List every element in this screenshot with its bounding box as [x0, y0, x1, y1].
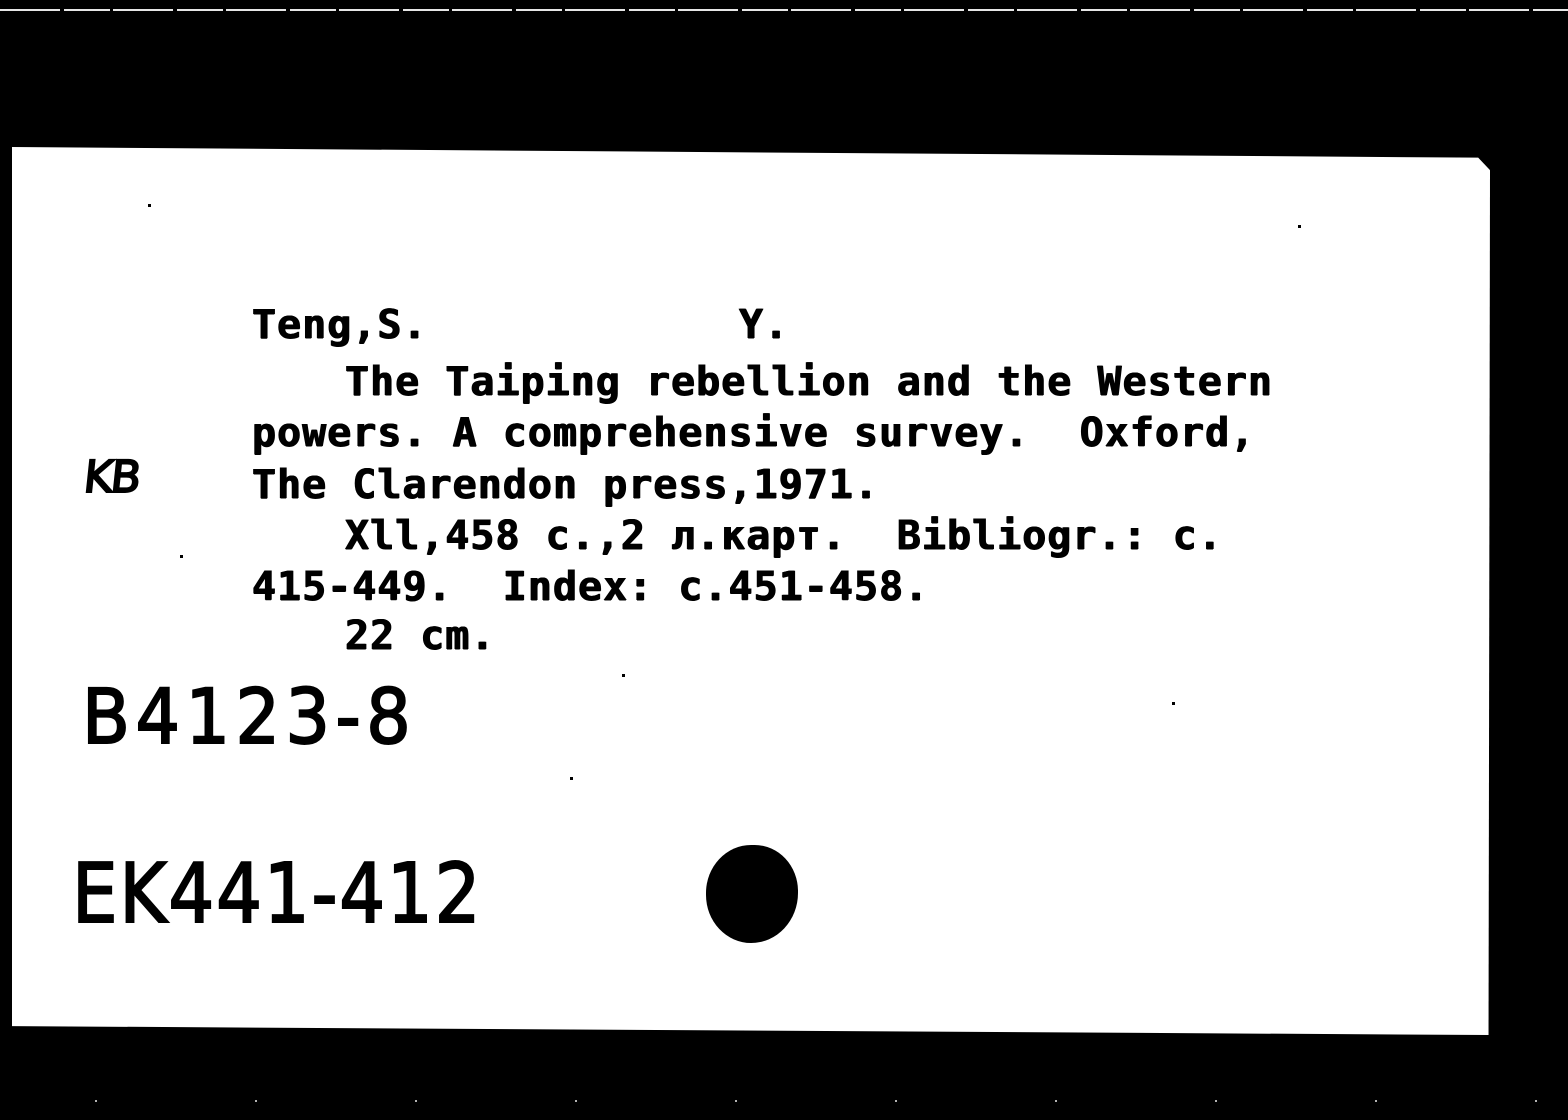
author-name: Teng,S. [252, 300, 428, 350]
title-line-2: powers. A comprehensive survey. Oxford, [252, 408, 1255, 458]
speck [1172, 702, 1175, 705]
collation-line-1: Xll,458 c.,2 л.карт. Bibliogr.: c. [345, 511, 1223, 561]
size-line: 22 cm. [345, 611, 496, 661]
punch-hole-icon [706, 845, 798, 943]
speck [622, 674, 625, 677]
speck [570, 777, 573, 780]
scan-artifact-dots [0, 1100, 1568, 1102]
speck [1298, 225, 1301, 228]
speck [148, 204, 151, 207]
collation-line-2: 415-449. Index: c.451-458. [252, 562, 929, 612]
title-line-1: The Taiping rebellion and the Western [345, 357, 1273, 407]
handwritten-location-mark: KB [81, 452, 141, 503]
handwritten-shelf-number: B4123-8 [82, 672, 416, 761]
speck [180, 555, 183, 558]
catalog-card: Teng,S. Y. The Taiping rebellion and the… [12, 147, 1490, 1035]
handwritten-inventory-number: EK441-412 [72, 847, 482, 942]
scan-artifact-line [0, 9, 1568, 11]
author-initial: Y. [739, 300, 789, 350]
publisher-line: The Clarendon press,1971. [252, 460, 879, 510]
